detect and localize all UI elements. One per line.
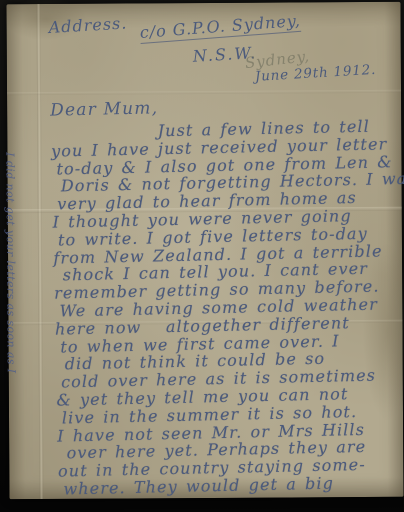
address-label: Address. bbox=[48, 13, 128, 37]
margin-note-line: I did not get your letters as soon as I bbox=[2, 152, 18, 512]
letter-paper: Address. c/o G.P.O. Sydney, N.S.W. Sydne… bbox=[6, 2, 403, 499]
margin-note: I did not get your letters as soon as I … bbox=[8, 152, 46, 512]
scan-background: Address. c/o G.P.O. Sydney, N.S.W. Sydne… bbox=[0, 0, 404, 512]
letter-body: Dear Mum, Just a few lines to tell you I… bbox=[50, 93, 401, 498]
address-line-1: c/o G.P.O. Sydney, bbox=[139, 11, 301, 44]
